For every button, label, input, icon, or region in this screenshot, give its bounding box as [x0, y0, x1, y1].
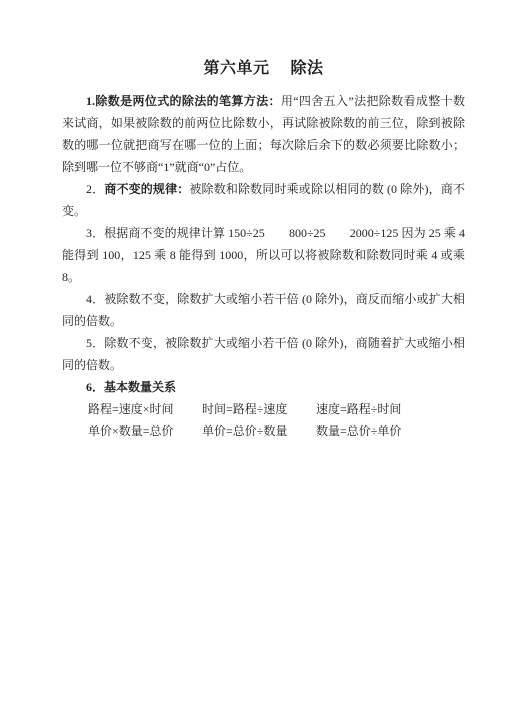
formula-total-price: 单价×数量=总价 — [88, 420, 202, 442]
page-title: 第六单元 除法 — [62, 57, 465, 81]
paragraph-4-text: 4．被除数不变，除数扩大或缩小若干倍 (0 除外)，商反而缩小或扩大相同的倍数。 — [62, 292, 465, 328]
formula-row-price: 单价×数量=总价单价=总价÷数量数量=总价÷单价 — [62, 420, 465, 442]
paragraph-1-bold-lead: 1.除数是两位式的除法的笔算方法： — [86, 94, 281, 108]
formula-speed: 速度=路程÷时间 — [316, 398, 401, 420]
formula-unit-price: 单价=总价÷数量 — [202, 420, 316, 442]
paragraph-4: 4．被除数不变，除数扩大或缩小若干倍 (0 除外)，商反而缩小或扩大相同的倍数。 — [62, 288, 465, 332]
document-page: 第六单元 除法 1.除数是两位式的除法的笔算方法：用“四舍五入”法把除数看成整十… — [0, 0, 526, 702]
paragraph-2-number: 2． — [86, 182, 104, 196]
paragraph-5: 5．除数不变，被除数扩大或缩小若干倍 (0 除外)，商随着扩大或缩小相同的倍数。 — [62, 332, 465, 376]
formula-time: 时间=路程÷速度 — [202, 398, 316, 420]
formula-distance: 路程=速度×时间 — [88, 398, 202, 420]
paragraph-1: 1.除数是两位式的除法的笔算方法：用“四舍五入”法把除数看成整十数来试商，如果被… — [62, 90, 465, 178]
paragraph-3: 3．根据商不变的规律计算 150÷25 800÷25 2000÷125 因为 2… — [62, 222, 465, 288]
paragraph-2: 2．商不变的规律：被除数和除数同时乘或除以相同的数 (0 除外)，商不变。 — [62, 178, 465, 222]
paragraph-3-text: 3．根据商不变的规律计算 150÷25 800÷25 2000÷125 因为 2… — [62, 226, 465, 284]
formula-quantity: 数量=总价÷单价 — [316, 420, 401, 442]
paragraph-2-bold-lead: 商不变的规律： — [104, 182, 189, 196]
paragraph-6-heading: 6．基本数量关系 — [62, 376, 465, 398]
paragraph-5-text: 5．除数不变，被除数扩大或缩小若干倍 (0 除外)，商随着扩大或缩小相同的倍数。 — [62, 336, 465, 372]
formula-row-distance: 路程=速度×时间时间=路程÷速度速度=路程÷时间 — [62, 398, 465, 420]
paragraph-6-bold-lead: 6．基本数量关系 — [86, 380, 176, 394]
